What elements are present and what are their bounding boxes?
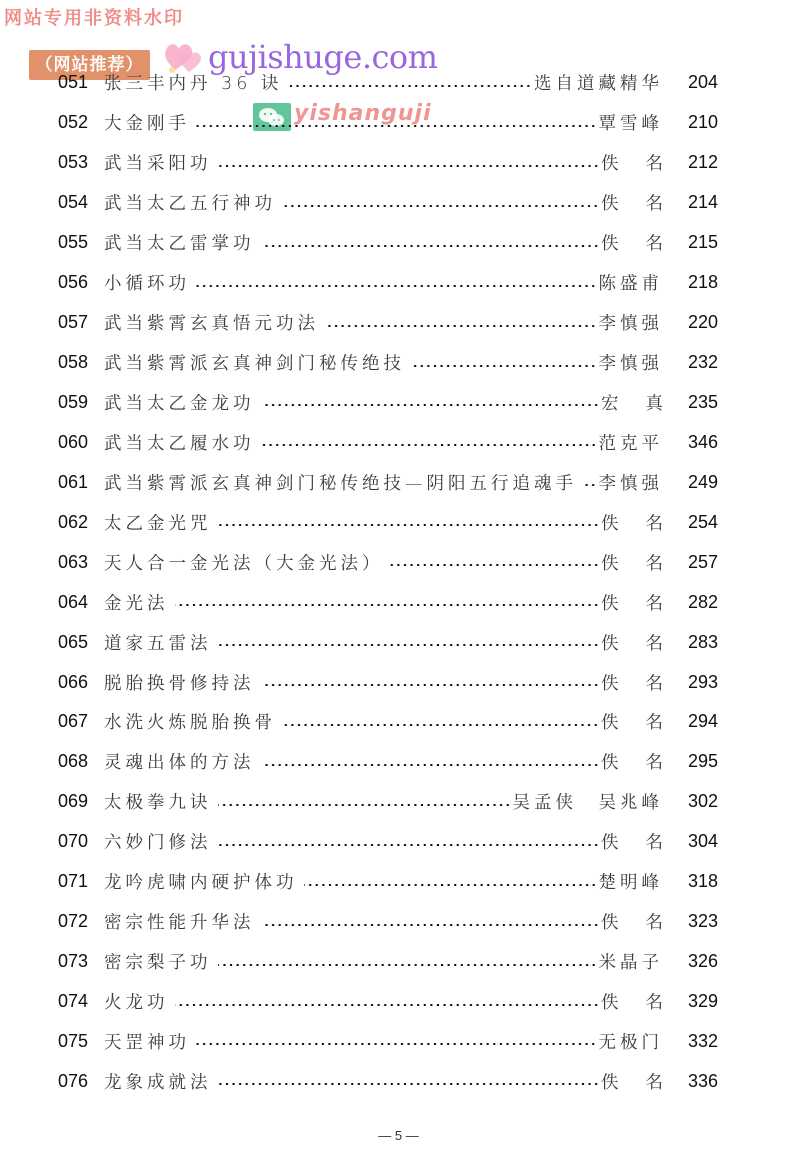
entry-page-number: 210 [663,112,718,133]
entry-title: 大金刚手 [104,110,190,135]
entry-author: 佚名 [601,230,663,255]
entry-page-number: 293 [663,672,718,693]
toc-entry[interactable]: 072密宗性能升华法佚名323 [58,902,718,942]
entry-title: 武当太乙金龙功 [104,390,255,415]
entry-author: 佚名 [601,909,663,934]
entry-author: 佚名 [601,590,663,615]
entry-number: 068 [58,751,102,772]
entry-number: 064 [58,592,102,613]
entry-author: 米晶子 [599,949,664,974]
entry-title: 水洗火炼脱胎换骨 [104,709,276,734]
dot-leader [261,245,600,247]
entry-page-number: 329 [663,991,718,1012]
entry-title: 武当太乙履水功 [104,430,255,455]
toc-entry[interactable]: 075天罡神功无极门332 [58,1022,718,1062]
entry-author: 佚名 [601,989,663,1014]
dot-leader [288,85,532,87]
entry-title: 道家五雷法 [104,630,212,655]
dot-leader [196,1043,597,1045]
entry-title: 脱胎换骨修持法 [104,670,255,695]
toc-entry[interactable]: 065道家五雷法佚名283 [58,622,718,662]
entry-number: 074 [58,991,102,1012]
toc-entry[interactable]: 059武当太乙金龙功宏真235 [58,383,718,423]
dot-leader [411,365,597,367]
entry-author: 李慎强 [599,470,664,495]
entry-title: 武当太乙雷掌功 [104,230,255,255]
dot-leader [261,924,600,926]
entry-title: 武当太乙五行神功 [104,190,276,215]
entry-author: 吴孟侠 吴兆峰 [513,789,664,814]
toc-entry[interactable]: 051张三丰内丹 36 诀选自道藏精华204 [58,63,718,103]
entry-number: 065 [58,632,102,653]
entry-number: 057 [58,312,102,333]
entry-title: 武当紫霄派玄真神剑门秘传绝技—阴阳五行追魂手 [104,470,577,495]
toc-entry[interactable]: 069太极拳九诀吴孟侠 吴兆峰302 [58,782,718,822]
entry-title: 天人合一金光法（大金光法） [104,550,384,575]
entry-number: 075 [58,1031,102,1052]
dot-leader [325,325,597,327]
entry-author: 宏真 [601,390,663,415]
entry-author: 范克平 [599,430,664,455]
entry-title: 龙吟虎啸内硬护体功 [104,869,298,894]
entry-page-number: 283 [663,632,718,653]
toc-entry[interactable]: 055武当太乙雷掌功佚名215 [58,223,718,263]
entry-author: 佚名 [601,630,663,655]
entry-title: 密宗性能升华法 [104,909,255,934]
dot-leader [196,285,597,287]
entry-page-number: 282 [663,592,718,613]
entry-title: 张三丰内丹 36 诀 [104,70,282,95]
dot-leader [261,404,600,406]
dot-leader [218,165,600,167]
toc-entry[interactable]: 070六妙门修法佚名304 [58,822,718,862]
entry-title: 火龙功 [104,989,169,1014]
entry-author: 佚名 [601,709,663,734]
dot-leader [218,844,600,846]
dot-leader [196,125,597,127]
entry-author: 佚名 [601,150,663,175]
entry-page-number: 295 [663,751,718,772]
entry-title: 太极拳九诀 [104,789,212,814]
entry-number: 053 [58,152,102,173]
entry-page-number: 304 [663,831,718,852]
entry-number: 058 [58,352,102,373]
toc-entry[interactable]: 064金光法佚名282 [58,582,718,622]
toc-entry[interactable]: 066脱胎换骨修持法佚名293 [58,662,718,702]
toc-entry[interactable]: 068灵魂出体的方法佚名295 [58,742,718,782]
entry-page-number: 204 [663,72,718,93]
toc-entry[interactable]: 053武当采阳功佚名212 [58,143,718,183]
toc-entry[interactable]: 054武当太乙五行神功佚名214 [58,183,718,223]
entry-page-number: 257 [663,552,718,573]
entry-page-number: 232 [663,352,718,373]
entry-author: 佚名 [601,749,663,774]
dot-leader [175,604,600,606]
dot-leader [218,524,600,526]
toc-entry[interactable]: 056小循环功陈盛甫218 [58,263,718,303]
dot-leader [261,764,600,766]
entry-author: 陈盛甫 [599,270,664,295]
dot-leader [282,205,599,207]
dot-leader [218,964,597,966]
entry-title: 天罡神功 [104,1029,190,1054]
toc-entry[interactable]: 063天人合一金光法（大金光法）佚名257 [58,542,718,582]
entry-title: 金光法 [104,590,169,615]
dot-leader [218,804,511,806]
entry-title: 密宗梨子功 [104,949,212,974]
toc-entry[interactable]: 074火龙功佚名329 [58,982,718,1022]
entry-author: 楚明峰 [599,869,664,894]
entry-page-number: 326 [663,951,718,972]
entry-page-number: 212 [663,152,718,173]
entry-number: 054 [58,192,102,213]
entry-page-number: 294 [663,711,718,732]
toc-entry[interactable]: 060武当太乙履水功范克平346 [58,422,718,462]
entry-author: 佚名 [601,550,663,575]
dot-leader [304,884,597,886]
dot-leader [261,444,597,446]
entry-author: 选自道藏精华 [534,70,663,95]
entry-author: 佚名 [601,190,663,215]
toc-entry[interactable]: 058武当紫霄派玄真神剑门秘传绝技李慎强232 [58,343,718,383]
entry-number: 056 [58,272,102,293]
entry-title: 龙象成就法 [104,1069,212,1094]
entry-page-number: 218 [663,272,718,293]
entry-title: 武当紫霄派玄真神剑门秘传绝技 [104,350,405,375]
entry-number: 055 [58,232,102,253]
entry-number: 072 [58,911,102,932]
dot-leader [583,484,597,486]
table-of-contents: 051张三丰内丹 36 诀选自道藏精华204052大金刚手覃雪峰210053武当… [58,63,718,1101]
entry-page-number: 323 [663,911,718,932]
toc-entry[interactable]: 067水洗火炼脱胎换骨佚名294 [58,702,718,742]
entry-number: 060 [58,432,102,453]
entry-page-number: 215 [663,232,718,253]
entry-author: 佚名 [601,829,663,854]
entry-number: 061 [58,472,102,493]
toc-entry[interactable]: 076龙象成就法佚名336 [58,1061,718,1101]
entry-number: 069 [58,791,102,812]
entry-number: 052 [58,112,102,133]
dot-leader [261,684,600,686]
entry-page-number: 254 [663,512,718,533]
toc-entry[interactable]: 071龙吟虎啸内硬护体功楚明峰318 [58,862,718,902]
entry-author: 佚名 [601,1069,663,1094]
entry-author: 无极门 [599,1029,664,1054]
entry-number: 059 [58,392,102,413]
dot-leader [390,564,600,566]
entry-author: 覃雪峰 [599,110,664,135]
entry-page-number: 220 [663,312,718,333]
entry-number: 067 [58,711,102,732]
page-number: — 5 — [0,1128,797,1143]
entry-title: 武当紫霄玄真悟元功法 [104,310,319,335]
entry-number: 062 [58,512,102,533]
entry-author: 佚名 [601,670,663,695]
entry-title: 太乙金光咒 [104,510,212,535]
toc-entry[interactable]: 062太乙金光咒佚名254 [58,502,718,542]
dot-leader [218,1083,600,1085]
entry-number: 051 [58,72,102,93]
entry-page-number: 249 [663,472,718,493]
entry-title: 武当采阳功 [104,150,212,175]
entry-number: 066 [58,672,102,693]
dot-leader [282,724,599,726]
entry-author: 李慎强 [599,310,664,335]
dot-leader [175,1004,600,1006]
watermark-text: 网站专用非资料水印 [4,4,184,30]
entry-number: 063 [58,552,102,573]
entry-number: 076 [58,1071,102,1092]
entry-page-number: 214 [663,192,718,213]
toc-entry[interactable]: 073密宗梨子功米晶子326 [58,942,718,982]
entry-title: 小循环功 [104,270,190,295]
toc-entry[interactable]: 061武当紫霄派玄真神剑门秘传绝技—阴阳五行追魂手李慎强249 [58,462,718,502]
toc-entry[interactable]: 052大金刚手覃雪峰210 [58,103,718,143]
entry-page-number: 336 [663,1071,718,1092]
toc-entry[interactable]: 057武当紫霄玄真悟元功法李慎强220 [58,303,718,343]
entry-page-number: 346 [663,432,718,453]
entry-author: 李慎强 [599,350,664,375]
entry-page-number: 332 [663,1031,718,1052]
entry-page-number: 318 [663,871,718,892]
dot-leader [218,644,600,646]
entry-page-number: 302 [663,791,718,812]
entry-author: 佚名 [601,510,663,535]
entry-title: 灵魂出体的方法 [104,749,255,774]
entry-title: 六妙门修法 [104,829,212,854]
entry-page-number: 235 [663,392,718,413]
entry-number: 070 [58,831,102,852]
entry-number: 073 [58,951,102,972]
entry-number: 071 [58,871,102,892]
